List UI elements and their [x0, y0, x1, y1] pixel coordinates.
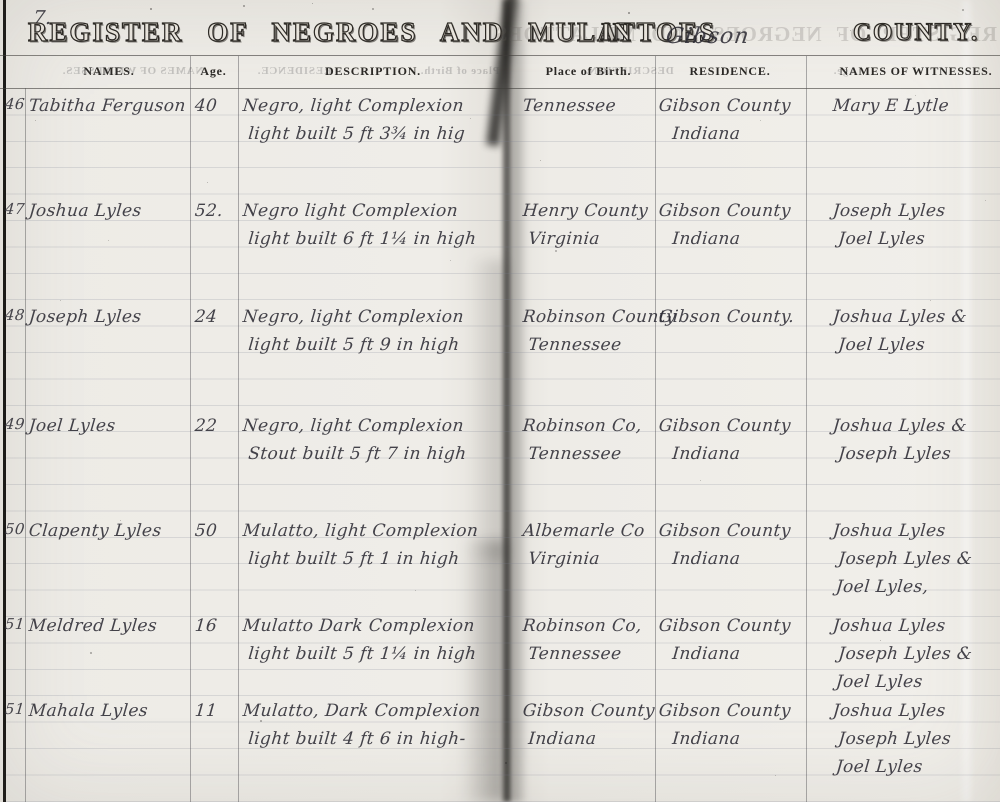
paper-speck — [207, 182, 208, 183]
paper-speck — [540, 160, 541, 161]
cell-age: 24 — [194, 303, 238, 331]
column-header-residence: RESIDENCE. — [657, 64, 803, 79]
cell-place-of-birth: Robinson Co,Tennessee — [519, 412, 656, 468]
cell-place-of-birth: Robinson CountyTennessee — [519, 303, 656, 359]
cell-residence: Gibson CountyIndiana — [655, 697, 806, 753]
column-divider — [655, 56, 656, 802]
ghost-header-names: NAMES OF WITNESSES. — [62, 65, 203, 77]
paper-speck — [470, 118, 471, 119]
cell-age: 22 — [194, 412, 238, 440]
paper-speck — [880, 640, 881, 641]
ghost-header-age: Age. — [833, 65, 857, 77]
cell-witnesses: Joshua Lyles &Joseph Lyles — [829, 412, 998, 468]
paper-speck — [415, 590, 416, 591]
column-divider — [25, 88, 26, 802]
ghost-header-residence: RESIDENCE. — [257, 65, 332, 77]
register-title: REGISTER OF NEGROES AND MULATTOES — [28, 17, 496, 48]
column-divider — [238, 56, 239, 802]
cell-place-of-birth: Albemarle CoVirginia — [519, 517, 656, 573]
paper-speck — [60, 300, 61, 301]
ghost-header-place-of-birth: Place of Birth. — [420, 65, 500, 77]
cell-number: 48 — [4, 303, 28, 327]
cell-place-of-birth: Robinson Co,Tennessee — [519, 612, 656, 668]
paper-speck — [108, 240, 109, 241]
cell-description: Mulatto Dark Complexionlight built 5 ft … — [239, 612, 498, 668]
cell-description: Negro, light Complexionlight built 5 ft … — [239, 303, 498, 359]
cell-age: 50 — [194, 517, 238, 545]
cell-description: Negro light Complexionlight built 6 ft 1… — [239, 197, 498, 253]
cell-name: Joel Lyles — [28, 412, 192, 440]
cell-witnesses: Mary E Lytle — [832, 92, 998, 120]
scan-edge-left — [3, 0, 6, 802]
title-in: IN — [601, 19, 633, 47]
cell-number: 47 — [4, 197, 28, 221]
cell-witnesses: Joshua LylesJoseph LylesJoel Lyles — [827, 697, 998, 781]
cell-residence: Gibson CountyIndiana — [655, 612, 806, 668]
paper-speck — [930, 300, 931, 301]
table-top-rule — [0, 55, 1000, 56]
paper-speck — [150, 8, 152, 10]
book-gutter-shade — [512, 0, 528, 802]
paper-speck — [655, 30, 656, 31]
paper-speck — [243, 5, 245, 7]
cell-number: 51 — [4, 697, 28, 721]
paper-speck — [700, 480, 701, 481]
county-name-script: Gibson — [664, 23, 751, 51]
cell-description: Mulatto, light Complexionlight built 5 f… — [239, 517, 498, 573]
paper-speck — [35, 120, 36, 121]
column-divider — [806, 56, 807, 802]
cell-number: 50 — [4, 517, 28, 541]
cell-age: 11 — [194, 697, 238, 725]
paper-speck — [555, 250, 557, 252]
cell-witnesses: Joshua Lyles &Joel Lyles — [829, 303, 998, 359]
paper-speck — [962, 9, 964, 11]
cell-residence: Gibson CountyIndiana — [655, 92, 806, 148]
paper-speck — [312, 3, 313, 4]
paper-speck — [90, 652, 92, 654]
cell-witnesses: Joshua LylesJoseph Lyles &Joel Lyles, — [827, 517, 998, 601]
title-county: COUNTY. — [853, 19, 979, 47]
cell-name: Joshua Lyles — [28, 197, 192, 225]
cell-age: 16 — [194, 612, 238, 640]
paper-speck — [322, 434, 323, 435]
cell-residence: Gibson CountyIndiana — [655, 412, 806, 468]
book-gutter-shade — [462, 540, 506, 802]
paper-speck — [760, 120, 761, 121]
cell-description: Negro, light Complexionlight built 5 ft … — [239, 92, 498, 148]
paper-speck — [120, 520, 121, 521]
cell-witnesses: Joshua LylesJoseph Lyles &Joel Lyles — [827, 612, 998, 696]
paper-speck — [505, 762, 507, 764]
paper-speck — [775, 775, 776, 776]
cell-witnesses: Joseph LylesJoel Lyles — [829, 197, 998, 253]
paper-speck — [590, 700, 591, 701]
paper-speck — [985, 200, 986, 201]
cell-description: Negro, light ComplexionStout built 5 ft … — [239, 412, 498, 468]
cell-residence: Gibson County. — [658, 303, 806, 331]
cell-name: Joseph Lyles — [28, 303, 192, 331]
paper-speck — [372, 8, 374, 10]
cell-age: 52. — [194, 197, 238, 225]
cell-residence: Gibson CountyIndiana — [655, 197, 806, 253]
cell-name: Meldred Lyles — [28, 612, 192, 640]
paper-speck — [260, 720, 262, 722]
paper-speck — [628, 12, 630, 14]
cell-place-of-birth: Gibson CountyIndiana — [519, 697, 656, 753]
paper-speck — [450, 260, 451, 261]
paper-speck — [850, 30, 851, 31]
cell-age: 40 — [194, 92, 238, 120]
cell-number: 46 — [4, 92, 28, 116]
cell-residence: Gibson CountyIndiana — [655, 517, 806, 573]
register-page-scan: 7. REGISTER OF NEGROES AND MULATTOES REG… — [0, 0, 1000, 802]
cell-number: 49 — [4, 412, 28, 436]
cell-name: Tabitha Ferguson — [28, 92, 192, 120]
cell-place-of-birth: Henry CountyVirginia — [519, 197, 656, 253]
cell-name: Clapenty Lyles — [28, 517, 192, 545]
cell-number: 51 — [4, 612, 28, 636]
cell-name: Mahala Lyles — [28, 697, 192, 725]
cell-description: Mulatto, Dark Complexionlight built 4 ft… — [239, 697, 498, 753]
header-bottom-rule — [0, 88, 1000, 89]
ghost-header-description: DESCRIPTION. — [585, 65, 674, 77]
cell-place-of-birth: Tennessee — [522, 92, 656, 120]
paper-speck — [915, 95, 916, 96]
